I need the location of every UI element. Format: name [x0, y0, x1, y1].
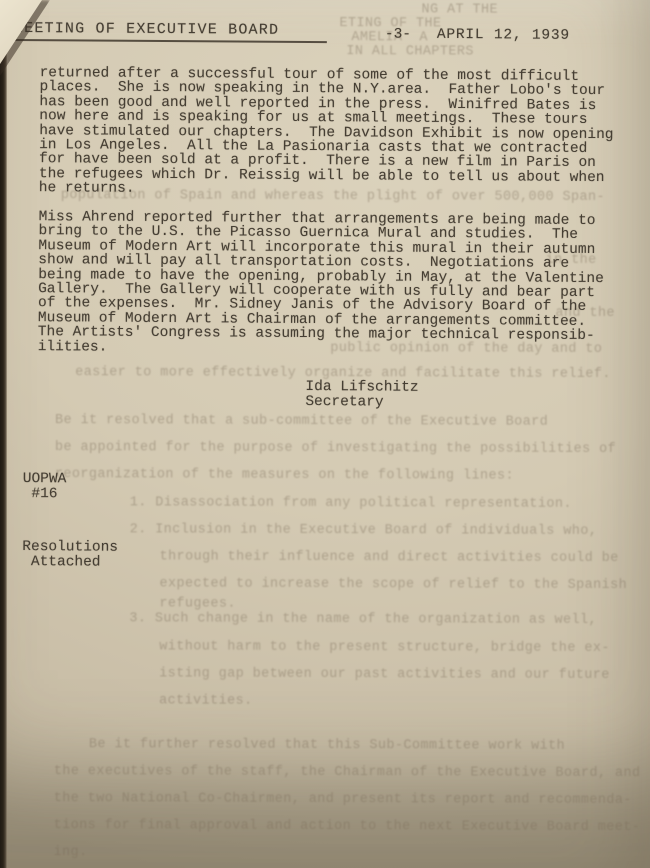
scan-edge-strip [0, 0, 7, 868]
union-label: UOPWA #16 [23, 472, 67, 501]
page-number: -3- [385, 27, 411, 43]
body-paragraph-2: Miss Ahrend reported further that arrang… [38, 210, 605, 358]
attachment-note: Resolutions Attached [22, 540, 118, 570]
document-title: MEETING OF EXECUTIVE BOARD [14, 20, 327, 43]
scanned-document-page: NG AT THEETING OF THEAMELIA AIN ALL CHAP… [0, 0, 650, 868]
signature-title: Secretary [305, 394, 383, 411]
typed-text-layer: MEETING OF EXECUTIVE BOARD -3- APRIL 12,… [0, 0, 650, 868]
signature-block: Ida Lifschitz Secretary [305, 380, 418, 410]
body-paragraph-1: returned after a successful tour of some… [39, 66, 614, 200]
document-date: APRIL 12, 1939 [437, 27, 570, 44]
